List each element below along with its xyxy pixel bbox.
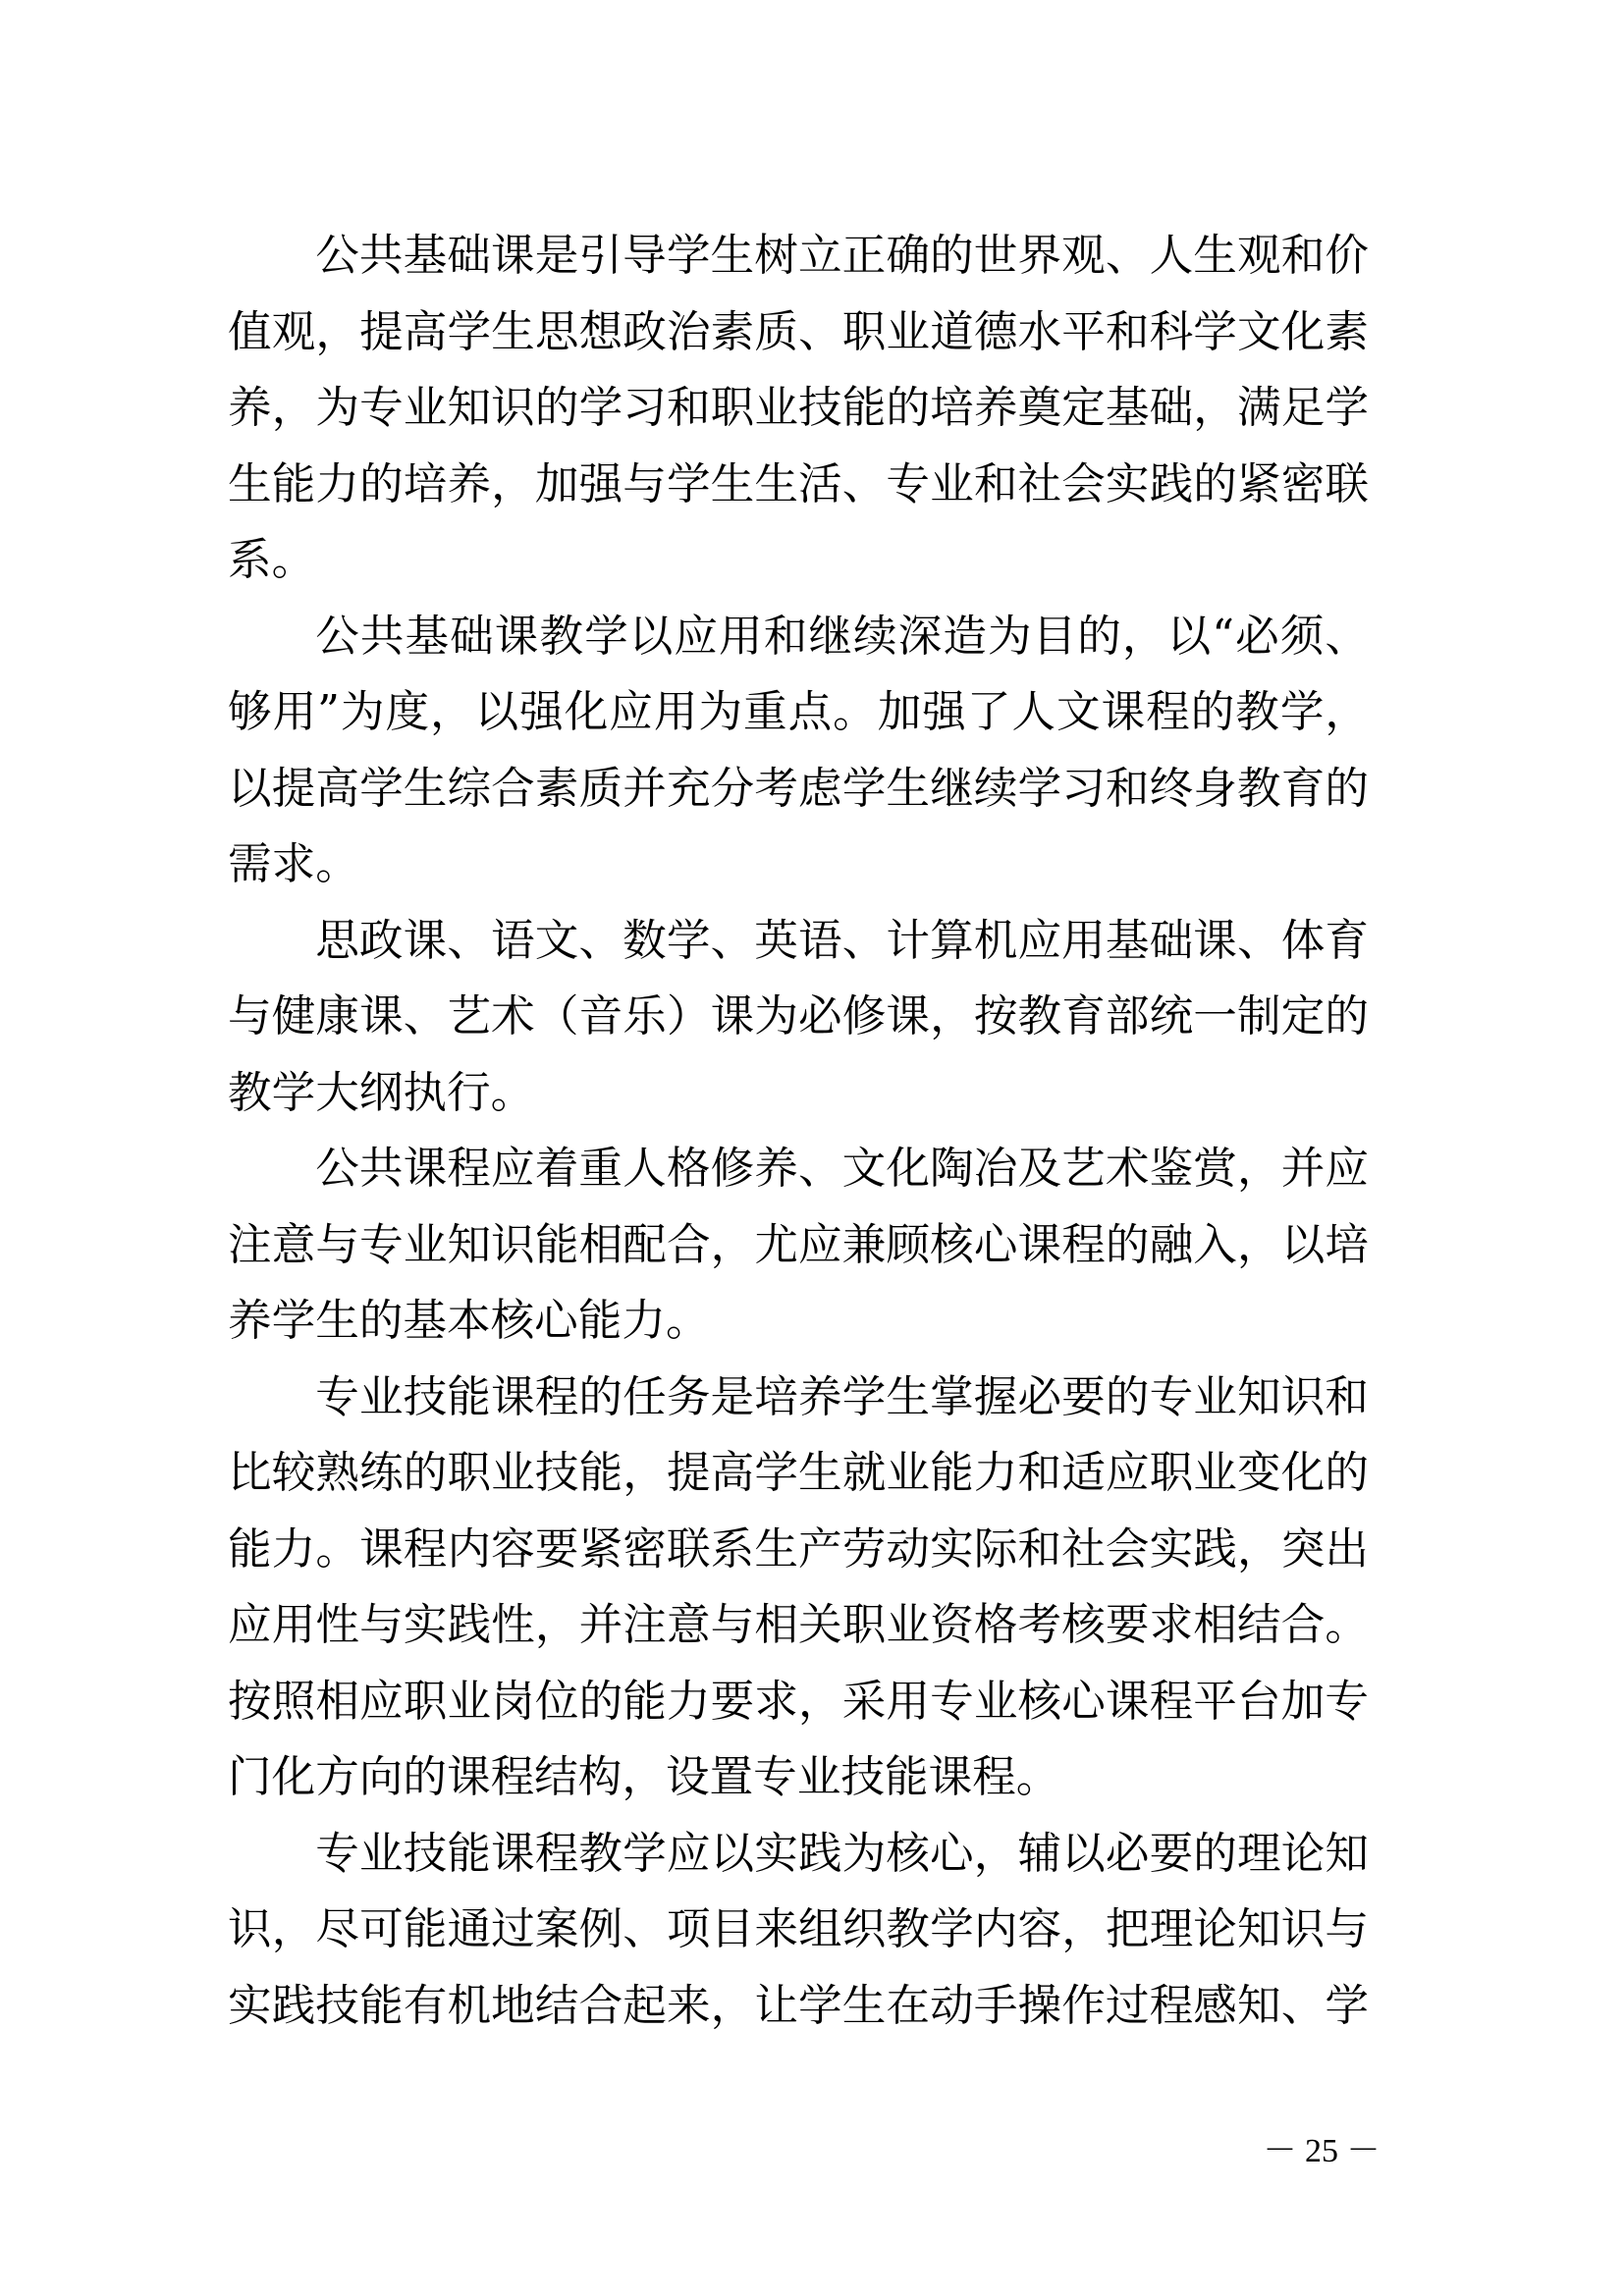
page-number: － 25 － <box>1261 2132 1382 2171</box>
text-line: 比较熟练的职业技能，提高学生就业能力和适应职业变化的 <box>228 1435 1369 1512</box>
text-line: 专业技能课程的任务是培养学生掌握必要的专业知识和 <box>228 1360 1369 1436</box>
text-line: 注意与专业知识能相配合，尤应兼顾核心课程的融入，以培 <box>228 1207 1369 1284</box>
text-line: 能力。课程内容要紧密联系生产劳动实际和社会实践，突出 <box>228 1512 1369 1588</box>
text-line: 门化方向的课程结构，设置专业技能课程。 <box>228 1739 1369 1816</box>
text-line: 养学生的基本核心能力。 <box>228 1283 1369 1360</box>
text-line: 生能力的培养，加强与学生生活、专业和社会实践的紧密联 <box>228 447 1369 523</box>
text-line: 应用性与实践性，并注意与相关职业资格考核要求相结合。 <box>228 1587 1369 1664</box>
paragraph-public-foundation-purpose: 公共基础课是引导学生树立正确的世界观、人生观和价 值观，提高学生思想政治素质、职… <box>228 218 1369 599</box>
text-line: 够用”为度，以强化应用为重点。加强了人文课程的教学， <box>228 674 1369 751</box>
text-line: 专业技能课程教学应以实践为核心，辅以必要的理论知 <box>228 1816 1369 1893</box>
text-line: 思政课、语文、数学、英语、计算机应用基础课、体育 <box>228 903 1369 980</box>
text-line: 养，为专业知识的学习和职业技能的培养奠定基础，满足学 <box>228 370 1369 447</box>
body-text: 公共基础课是引导学生树立正确的世界观、人生观和价 值观，提高学生思想政治素质、职… <box>228 218 1369 2044</box>
text-line: 按照相应职业岗位的能力要求，采用专业核心课程平台加专 <box>228 1664 1369 1740</box>
text-line: 公共基础课教学以应用和继续深造为目的，以“必须、 <box>228 599 1369 675</box>
text-line: 教学大纲执行。 <box>228 1055 1369 1132</box>
paragraph-professional-skill-teaching: 专业技能课程教学应以实践为核心，辅以必要的理论知 识，尽可能通过案例、项目来组织… <box>228 1816 1369 2045</box>
text-line: 公共课程应着重人格修养、文化陶冶及艺术鉴赏，并应 <box>228 1131 1369 1207</box>
paragraph-professional-skill-task: 专业技能课程的任务是培养学生掌握必要的专业知识和 比较熟练的职业技能，提高学生就… <box>228 1360 1369 1816</box>
text-line: 系。 <box>228 522 1369 599</box>
text-line: 识，尽可能通过案例、项目来组织教学内容，把理论知识与 <box>228 1892 1369 1968</box>
text-line: 公共基础课是引导学生树立正确的世界观、人生观和价 <box>228 218 1369 294</box>
document-page: 公共基础课是引导学生树立正确的世界观、人生观和价 值观，提高学生思想政治素质、职… <box>0 0 1624 2296</box>
text-line: 实践技能有机地结合起来，让学生在动手操作过程感知、学 <box>228 1968 1369 2045</box>
paragraph-public-course-focus: 公共课程应着重人格修养、文化陶冶及艺术鉴赏，并应 注意与专业知识能相配合，尤应兼… <box>228 1131 1369 1360</box>
text-line: 与健康课、艺术（音乐）课为必修课，按教育部统一制定的 <box>228 979 1369 1055</box>
text-line: 需求。 <box>228 827 1369 903</box>
text-line: 值观，提高学生思想政治素质、职业道德水平和科学文化素 <box>228 294 1369 371</box>
text-line: 以提高学生综合素质并充分考虑学生继续学习和终身教育的 <box>228 751 1369 828</box>
paragraph-required-courses: 思政课、语文、数学、英语、计算机应用基础课、体育 与健康课、艺术（音乐）课为必修… <box>228 903 1369 1132</box>
paragraph-public-foundation-teaching: 公共基础课教学以应用和继续深造为目的，以“必须、 够用”为度，以强化应用为重点。… <box>228 599 1369 903</box>
